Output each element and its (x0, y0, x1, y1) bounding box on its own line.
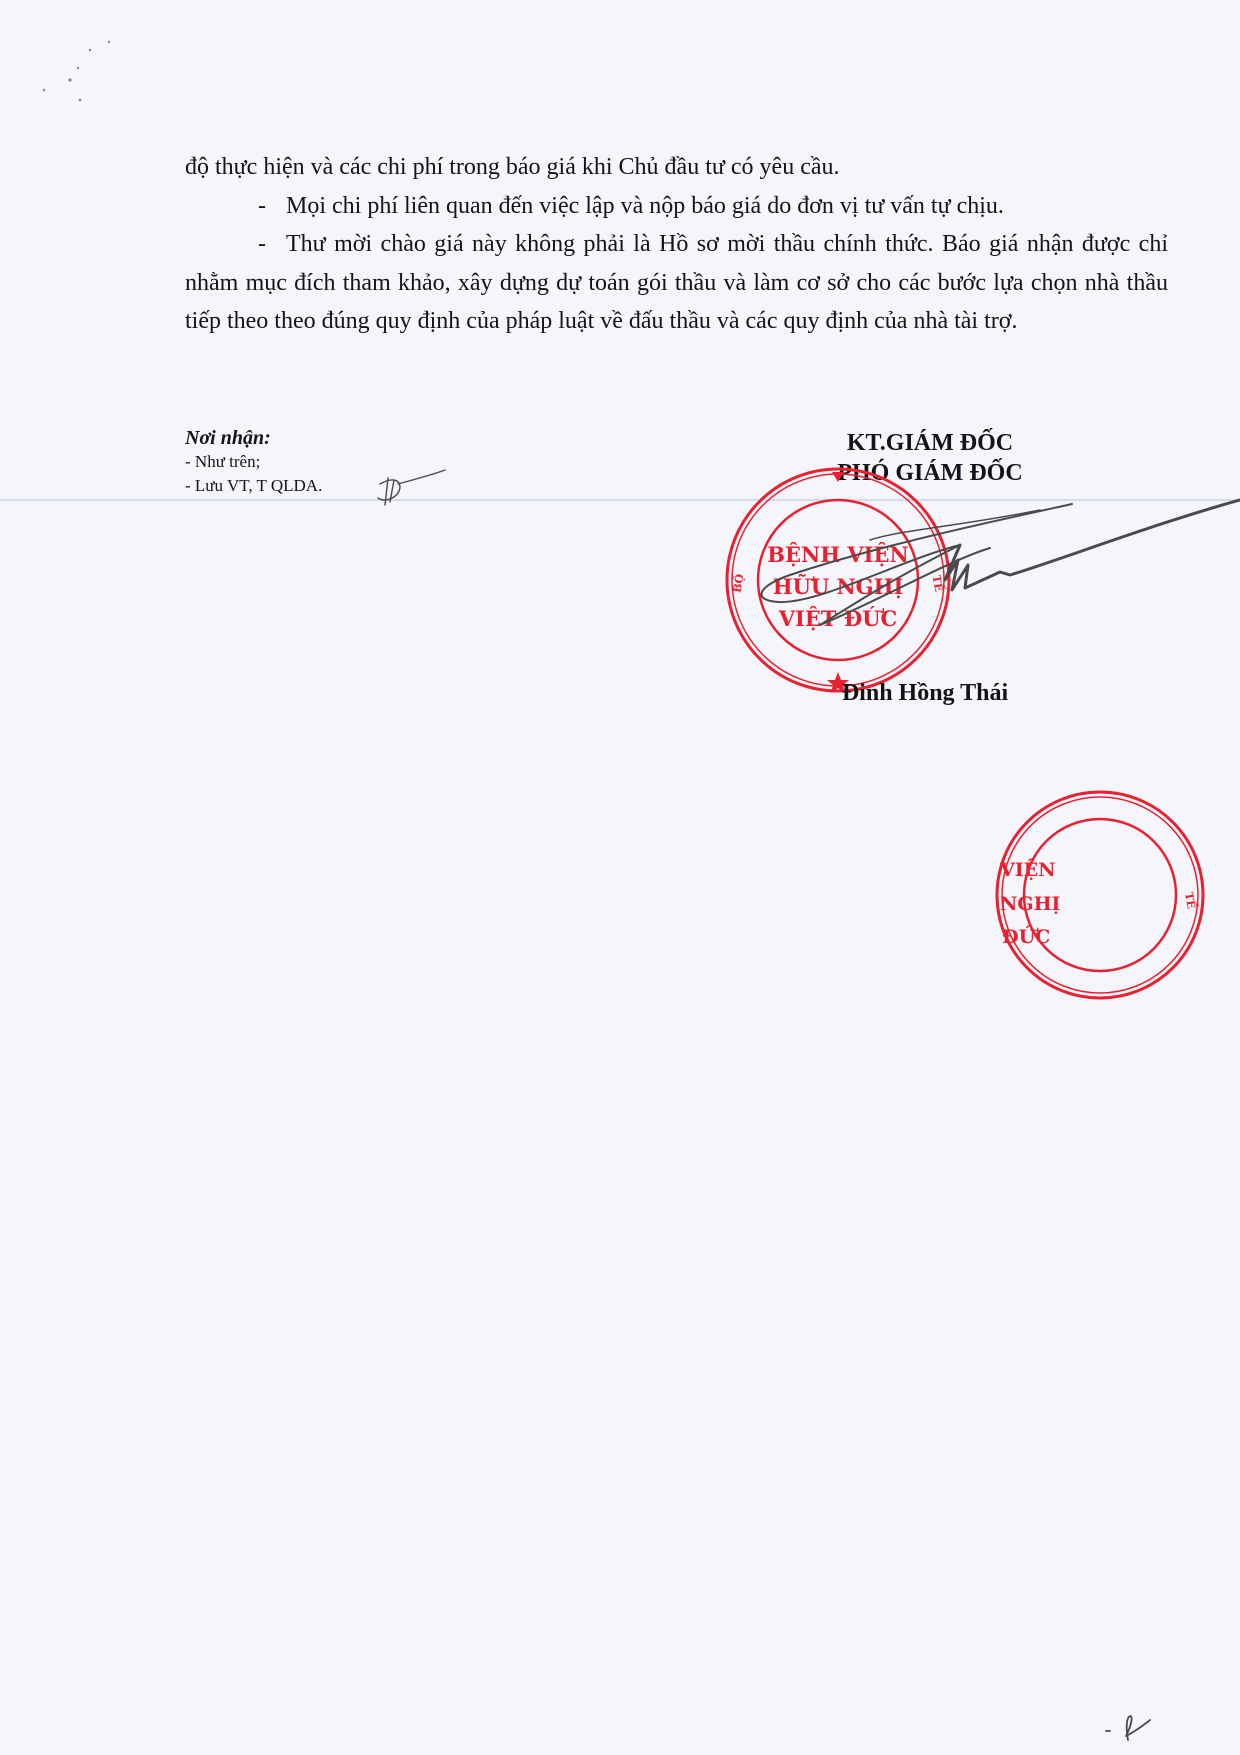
bullet-text: Thư mời chào giá này không phải là Hồ sơ… (185, 231, 1168, 334)
signature-title-line1: KT.GIÁM ĐỐC (790, 428, 1070, 458)
stamp-left-text: BỘ (729, 572, 747, 594)
recipient-item: - Lưu VT, T QLDA. (185, 474, 322, 498)
recipients-block: Nơi nhận: - Như trên; - Lưu VT, T QLDA. (185, 426, 322, 498)
stamp-line3: VIỆT ĐỨC (778, 606, 897, 631)
paragraph-continuation: độ thực hiện và các chi phí trong báo gi… (185, 148, 1168, 187)
signer-name: Đinh Hồng Thái (790, 680, 1060, 707)
partial-stamp-right-text: TẾ (1182, 891, 1200, 910)
bullet-dash: - (258, 187, 286, 226)
scan-fold-line (0, 499, 1240, 501)
partial-stamp-line3: ĐỨC (1002, 925, 1050, 948)
partial-stamp-line1: VIỆN (999, 858, 1055, 881)
page-initial-icon (1106, 1716, 1150, 1740)
paragraph-bullet: -Thư mời chào giá này không phải là Hồ s… (185, 225, 1168, 341)
official-stamp: BỆNH VIỆN HỮU NGHỊ VIỆT ĐỨC BỘ TẾ (718, 460, 958, 700)
paragraph-bullet: -Mọi chi phí liên quan đến việc lập và n… (185, 187, 1168, 226)
document-page: độ thực hiện và các chi phí trong báo gi… (0, 0, 1240, 1755)
body-text: độ thực hiện và các chi phí trong báo gi… (185, 148, 1168, 341)
stamp-top-mark-icon (832, 472, 844, 482)
partial-stamp: VIỆN NGHỊ ĐỨC TẾ (990, 785, 1240, 1015)
recipients-heading: Nơi nhận: (185, 426, 322, 450)
partial-stamp-line2: NGHỊ (1000, 893, 1061, 915)
recipient-item: - Như trên; (185, 450, 322, 474)
bullet-dash: - (258, 225, 286, 264)
stamp-line1: BỆNH VIỆN (767, 542, 908, 567)
signature-icon (945, 500, 1240, 590)
stamp-line2: HỮU NGHỊ (773, 574, 904, 599)
bullet-text: Mọi chi phí liên quan đến việc lập và nộ… (286, 193, 1004, 219)
